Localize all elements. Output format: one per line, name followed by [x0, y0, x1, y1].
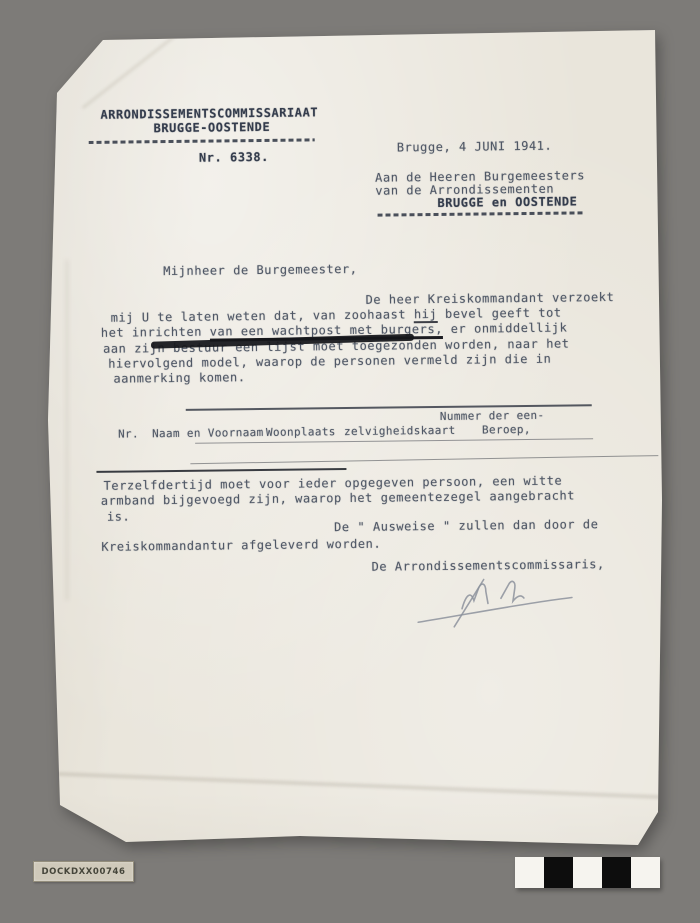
- paragraph1-line1: De heer Kreiskommandant verzoekt: [365, 291, 614, 307]
- column-residence: Woonplaats: [266, 425, 336, 439]
- signature-flourish-line: [418, 597, 572, 622]
- signature-scribble-2: [501, 581, 524, 601]
- p1-l2-post: bevel geeft tot: [437, 306, 562, 321]
- table-rule-middle: [195, 438, 593, 444]
- p1-l2-underlined: hij: [414, 307, 438, 323]
- paragraph2-line3: is.: [107, 510, 130, 523]
- salutation: Mijnheer de Burgemeester,: [163, 263, 358, 278]
- color-calibration-bar: [515, 857, 660, 888]
- paragraph1-line6: aanmerking komen.: [113, 371, 245, 385]
- table-rule-dark: [96, 468, 346, 473]
- p1-l3-pre: het inrichten: [101, 325, 210, 340]
- calibration-square: [515, 857, 544, 888]
- paragraph1-line5: hiervolgend model, waarop de personen ve…: [108, 353, 551, 371]
- reference-number: Nr. 6338.: [199, 151, 269, 165]
- calibration-square: [544, 857, 573, 888]
- calibration-square: [573, 857, 602, 888]
- letter-content: ARRONDISSEMENTSCOMMISSARIAAT BRUGGE-OOST…: [0, 0, 700, 923]
- scanned-letter: ARRONDISSEMENTSCOMMISSARIAAT BRUGGE-OOST…: [0, 0, 700, 923]
- p1-l3-post: er onmiddellijk: [443, 321, 568, 336]
- paper-sheet: ARRONDISSEMENTSCOMMISSARIAAT BRUGGE-OOST…: [0, 0, 700, 923]
- dashed-rule: [89, 138, 315, 144]
- paragraph3-line1: De " Ausweise " zullen dan door de: [334, 518, 598, 534]
- paragraph2-line2: armband bijgevoegd zijn, waarop het geme…: [101, 489, 575, 507]
- recipient-line3: BRUGGE en OOSTENDE: [437, 195, 577, 210]
- column-idcard-top: Nummer der een-: [440, 409, 545, 423]
- sender-org-line1: ARRONDISSEMENTSCOMMISSARIAAT: [100, 106, 318, 121]
- calibration-square: [631, 857, 660, 888]
- signature: [405, 571, 586, 635]
- signature-scribble-1: [462, 584, 488, 609]
- column-occupation: Beroep,: [482, 423, 531, 437]
- sender-org-line2: BRUGGE-OOSTENDE: [153, 121, 270, 135]
- column-nr: Nr.: [118, 427, 139, 440]
- column-idcard-bottom: zelvigheidskaart: [344, 424, 456, 438]
- calibration-square: [602, 857, 631, 888]
- paragraph3-line2: Kreiskommandantur afgeleverd worden.: [101, 538, 381, 554]
- dashed-rule: [378, 211, 584, 216]
- table-rule-long: [190, 455, 658, 464]
- dateline: Brugge, 4 JUNI 1941.: [397, 140, 553, 155]
- column-name: Naam en Voornaam: [152, 426, 264, 440]
- catalog-label: DOCKDXX00746: [33, 861, 134, 882]
- signature-cross-stroke: [454, 579, 485, 626]
